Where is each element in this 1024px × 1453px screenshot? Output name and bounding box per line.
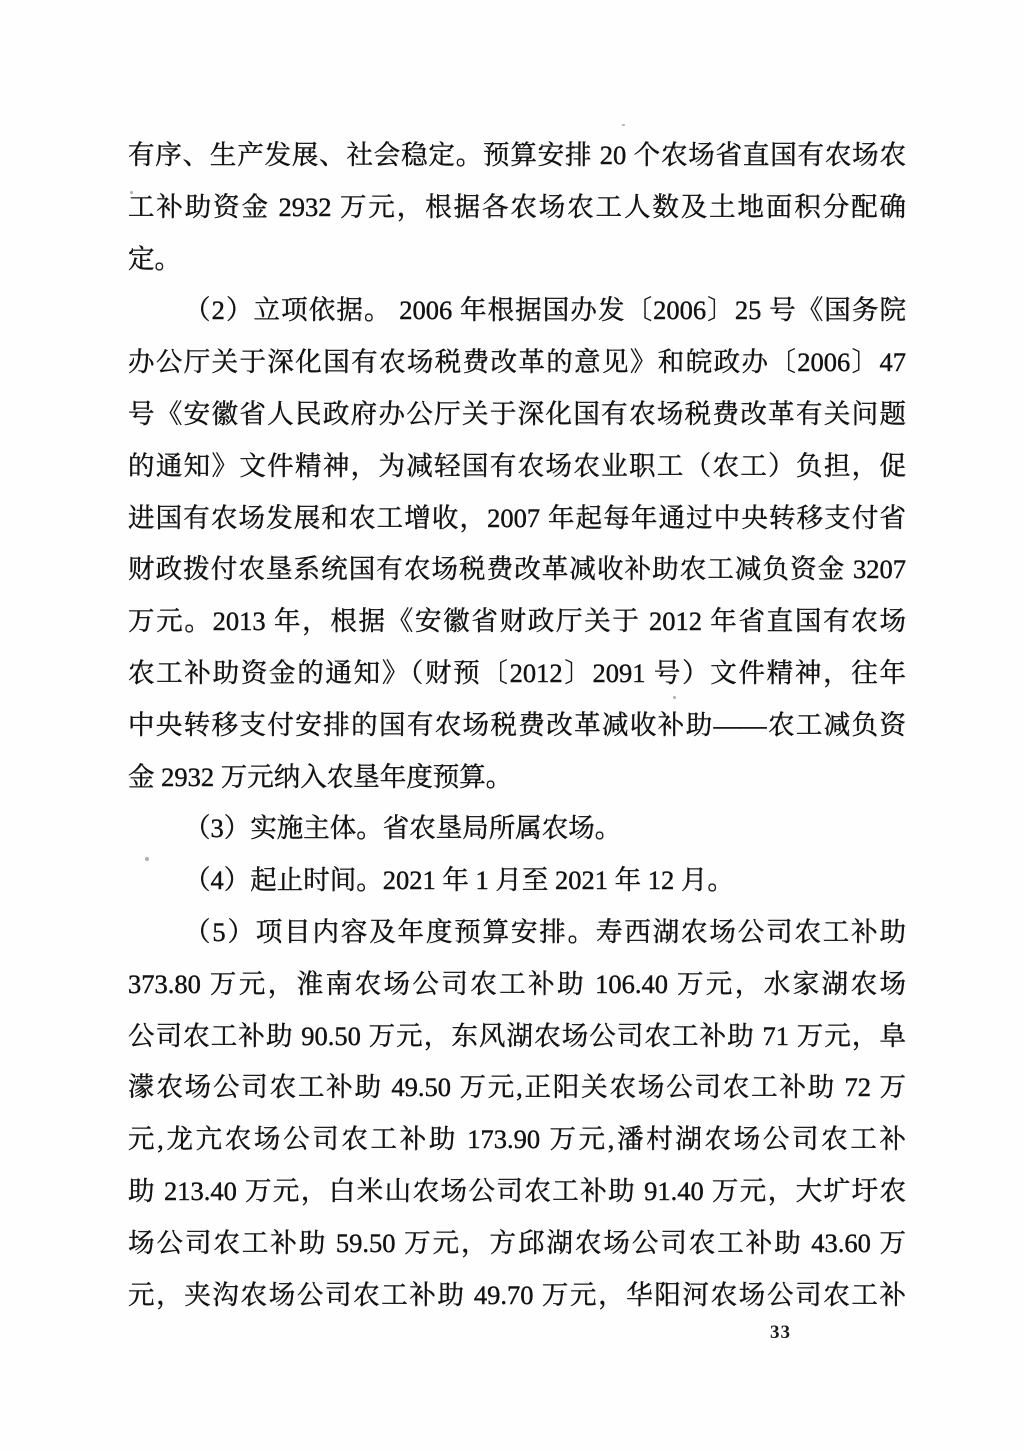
text-line: 号《安徽省人民政府办公厅关于深化国有农场税费改革有关问题 xyxy=(128,389,906,441)
text-line: （4）起止时间。2021 年 1 月至 2021 年 12 月。 xyxy=(128,855,906,907)
text-line: 办公厅关于深化国有农场税费改革的意见》和皖政办〔2006〕47 xyxy=(128,337,906,389)
text-line: （2）立项依据。 2006 年根据国办发〔2006〕25 号《国务院 xyxy=(128,285,906,337)
text-line: 有序、生产发展、社会稳定。预算安排 20 个农场省直国有农场农 xyxy=(128,130,906,182)
text-line: 的通知》文件精神，为减轻国有农场农业职工（农工）负担，促 xyxy=(128,441,906,493)
text-line: 中央转移支付安排的国有农场税费改革减收补助——农工减负资 xyxy=(128,700,906,752)
text-line: 场公司农工补助 59.50 万元，方邱湖农场公司农工补助 43.60 万 xyxy=(128,1218,906,1270)
text-line: 公司农工补助 90.50 万元，东风湖农场公司农工补助 71 万元，阜 xyxy=(128,1011,906,1063)
scan-speck xyxy=(673,696,676,699)
page-number: 33 xyxy=(770,1322,791,1344)
text-line: 金 2932 万元纳入农垦年度预算。 xyxy=(128,752,906,804)
text-line: 工补助资金 2932 万元，根据各农场农工人数及土地面积分配确 xyxy=(128,182,906,234)
text-line: 定。 xyxy=(128,234,906,286)
text-line: 373.80 万元，淮南农场公司农工补助 106.40 万元，水家湖农场 xyxy=(128,959,906,1011)
text-line: 万元。2013 年，根据《安徽省财政厅关于 2012 年省直国有农场 xyxy=(128,596,906,648)
scan-speck xyxy=(145,857,149,861)
text-line: 进国有农场发展和农工增收，2007 年起每年通过中央转移支付省 xyxy=(128,493,906,545)
document-body: 有序、生产发展、社会稳定。预算安排 20 个农场省直国有农场农工补助资金 293… xyxy=(128,130,906,1321)
scan-speck xyxy=(622,124,625,126)
text-line: 元，夹沟农场公司农工补助 49.70 万元，华阳河农场公司农工补 xyxy=(128,1270,906,1322)
text-line: 助 213.40 万元，白米山农场公司农工补助 91.40 万元，大圹圩农 xyxy=(128,1166,906,1218)
text-line: 农工补助资金的通知》（财预〔2012〕2091 号）文件精神，往年 xyxy=(128,648,906,700)
text-line: 元,龙亢农场公司农工补助 173.90 万元,潘村湖农场公司农工补 xyxy=(128,1114,906,1166)
text-line: 濛农场公司农工补助 49.50 万元,正阳关农场公司农工补助 72 万 xyxy=(128,1062,906,1114)
text-line: （5）项目内容及年度预算安排。寿西湖农场公司农工补助 xyxy=(128,907,906,959)
scanned-document-page: 有序、生产发展、社会稳定。预算安排 20 个农场省直国有农场农工补助资金 293… xyxy=(0,0,1024,1453)
scan-speck xyxy=(130,191,133,194)
text-line: 财政拨付农垦系统国有农场税费改革减收补助农工减负资金 3207 xyxy=(128,544,906,596)
text-line: （3）实施主体。省农垦局所属农场。 xyxy=(128,803,906,855)
